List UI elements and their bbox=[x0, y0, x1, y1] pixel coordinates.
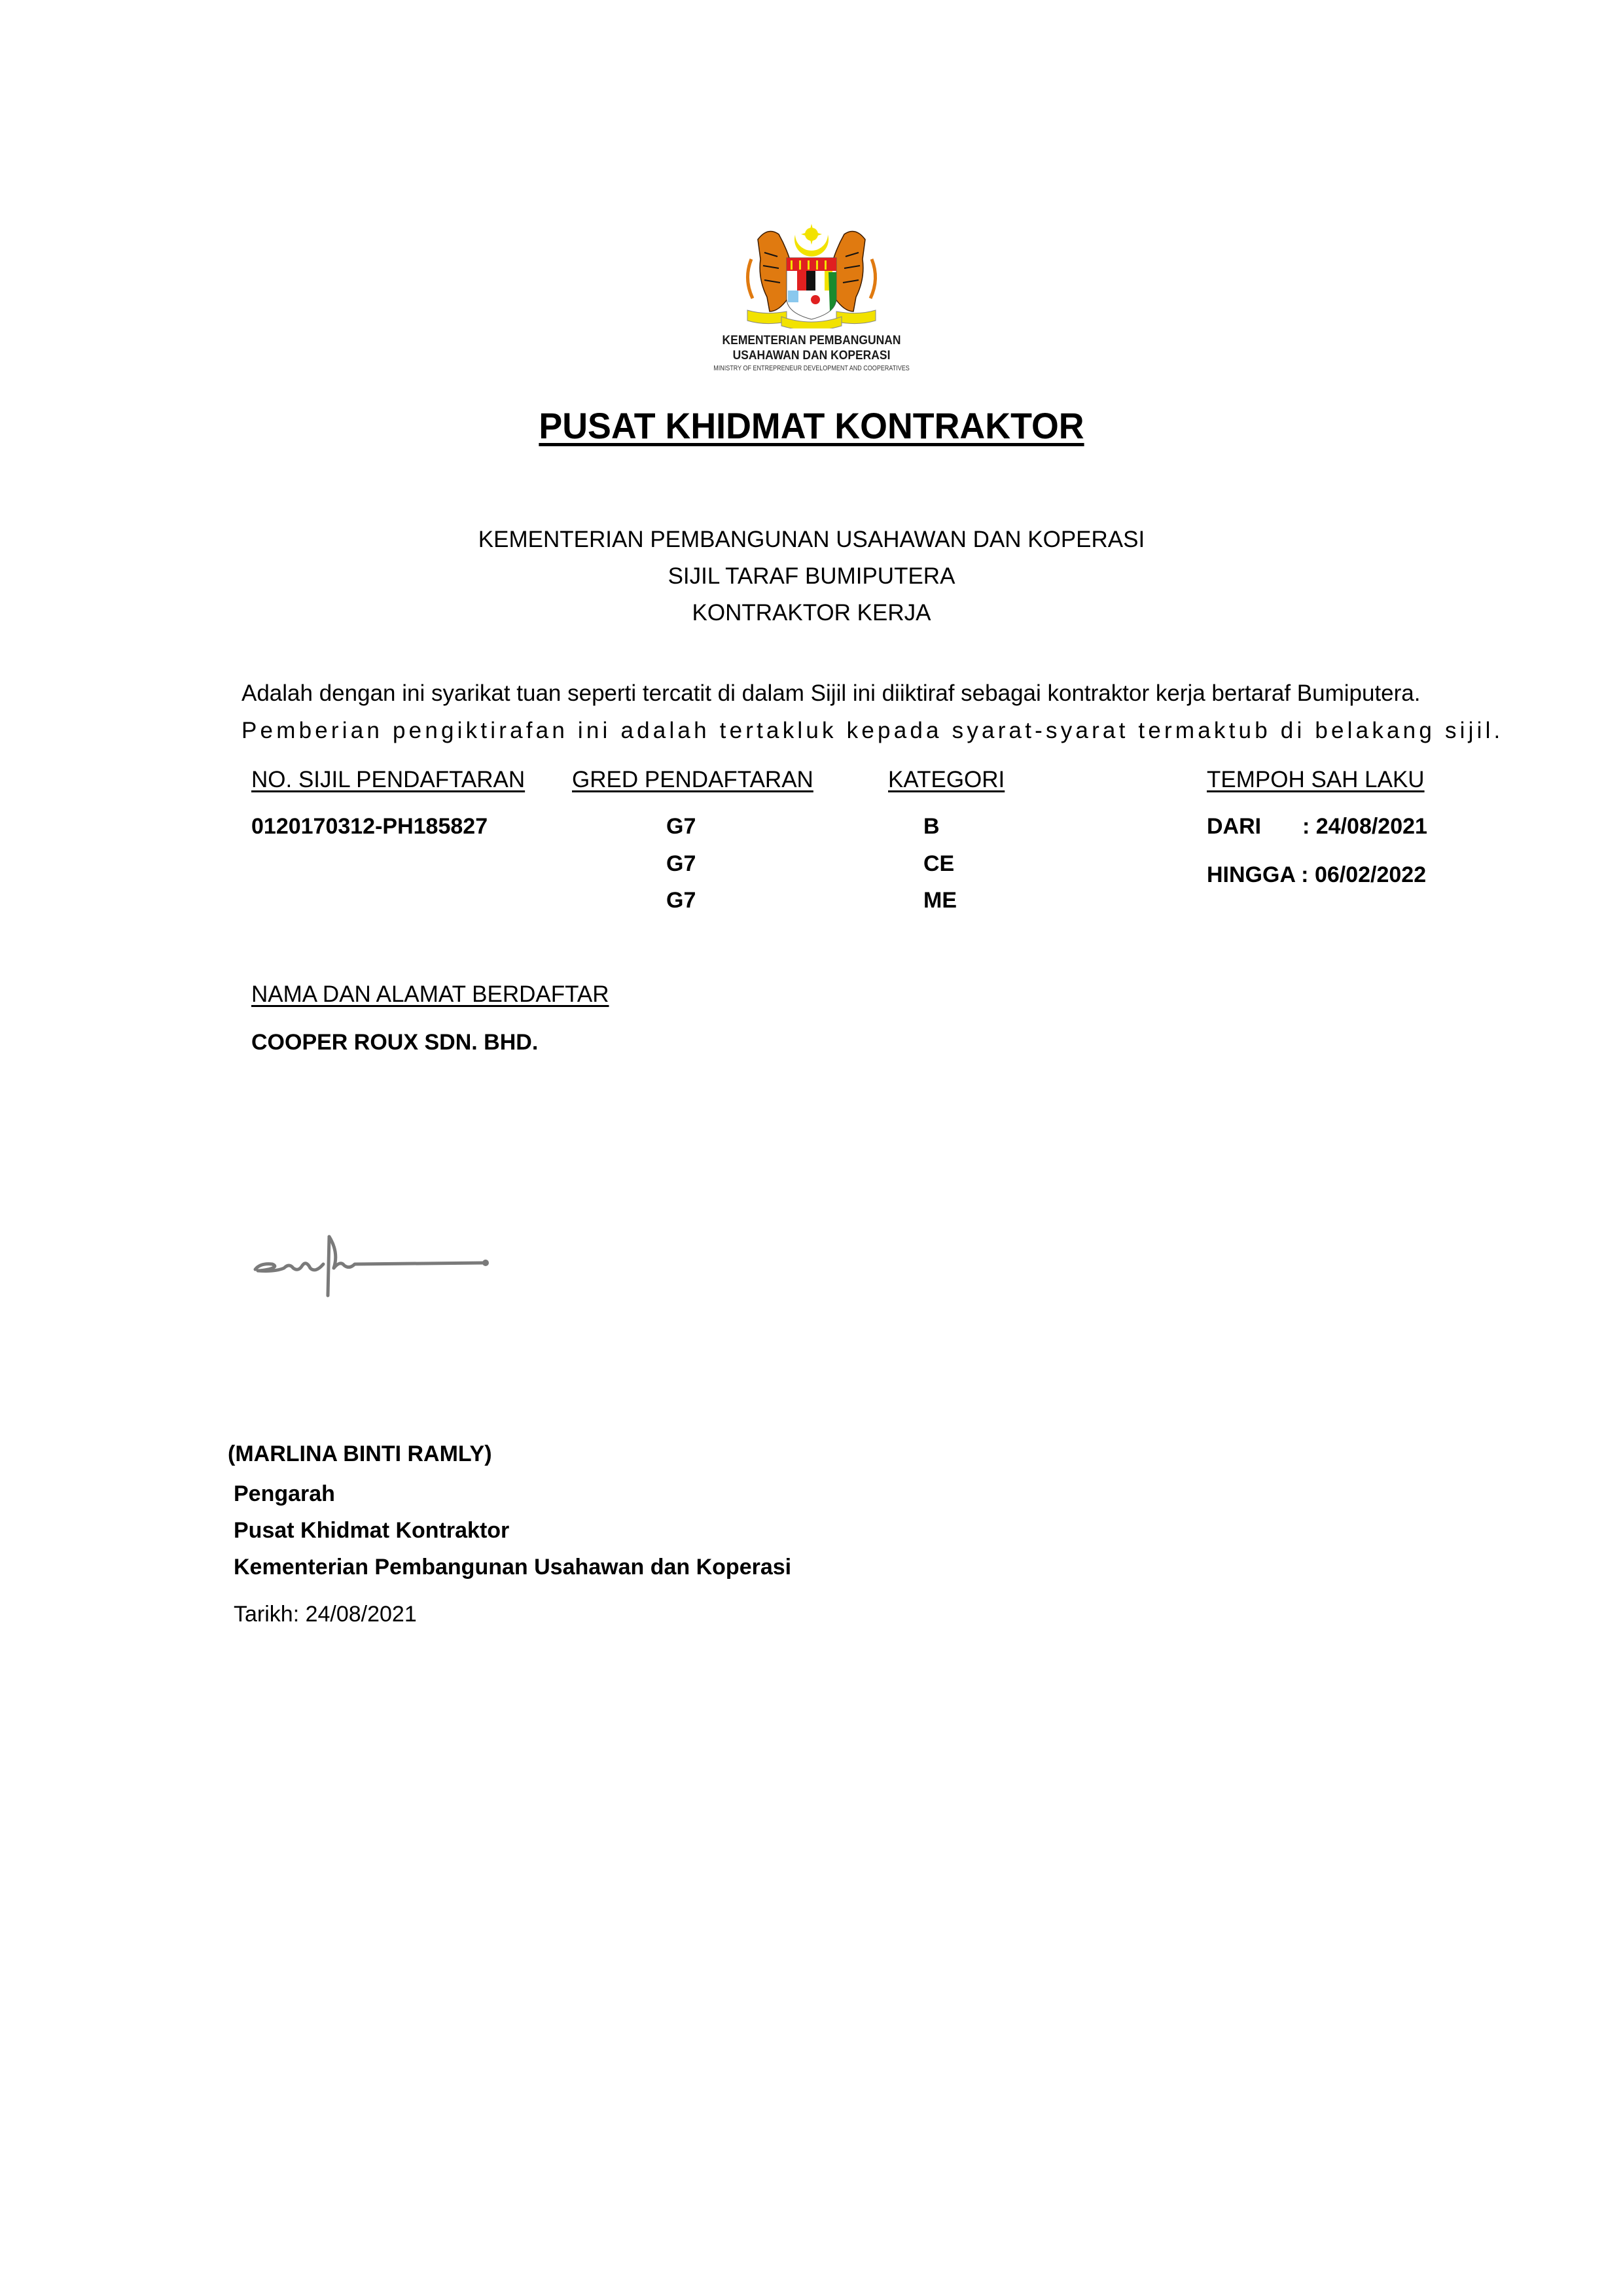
contractor-type-heading: KONTRAKTOR KERJA bbox=[0, 600, 1623, 626]
logo-ministry-name-line1: KEMENTERIAN PEMBANGUNAN bbox=[691, 334, 932, 348]
registration-number: 0120170312-PH185827 bbox=[251, 814, 488, 839]
coat-of-arms-logo bbox=[738, 220, 885, 328]
signatory-title: Pengarah bbox=[234, 1481, 335, 1507]
signatory-ministry: Kementerian Pembangunan Usahawan dan Kop… bbox=[234, 1555, 791, 1580]
header-registration-number: NO. SIJIL PENDAFTARAN bbox=[251, 767, 525, 793]
document-title: PUSAT KHIDMAT KONTRAKTOR bbox=[0, 404, 1623, 447]
signature-image bbox=[242, 1217, 497, 1302]
valid-until-date: HINGGA : 06/02/2022 bbox=[1207, 862, 1426, 888]
logo-ministry-name-line2: USAHAWAN DAN KOPERASI bbox=[691, 349, 932, 363]
category-value: ME bbox=[923, 888, 957, 913]
header-validity-period: TEMPOH SAH LAKU bbox=[1207, 767, 1425, 793]
grade-value: G7 bbox=[666, 814, 696, 839]
logo-ministry-english-name: MINISTRY OF ENTREPRENEUR DEVELOPMENT AND… bbox=[704, 364, 919, 372]
header-registration-grade: GRED PENDAFTARAN bbox=[572, 767, 813, 793]
valid-from-date: : 24/08/2021 bbox=[1302, 814, 1427, 839]
header-category: KATEGORI bbox=[888, 767, 1005, 793]
document-title-text: PUSAT KHIDMAT KONTRAKTOR bbox=[539, 404, 1084, 447]
valid-from-label: DARI bbox=[1207, 814, 1261, 839]
signatory-name: (MARLINA BINTI RAMLY) bbox=[228, 1441, 492, 1467]
certification-paragraph-line2: Pemberian pengiktirafan ini adalah terta… bbox=[241, 718, 1541, 744]
grade-value: G7 bbox=[666, 851, 696, 877]
issue-date: Tarikh: 24/08/2021 bbox=[234, 1602, 417, 1627]
signatory-organization: Pusat Khidmat Kontraktor bbox=[234, 1518, 509, 1544]
grade-value: G7 bbox=[666, 888, 696, 913]
certification-paragraph-line1: Adalah dengan ini syarikat tuan seperti … bbox=[241, 680, 1420, 707]
header-registered-name-address: NAMA DAN ALAMAT BERDAFTAR bbox=[251, 981, 609, 1008]
category-value: B bbox=[923, 814, 940, 839]
category-value: CE bbox=[923, 851, 954, 877]
company-name: COOPER ROUX SDN. BHD. bbox=[251, 1030, 538, 1055]
certificate-type-heading: SIJIL TARAF BUMIPUTERA bbox=[0, 563, 1623, 590]
ministry-heading: KEMENTERIAN PEMBANGUNAN USAHAWAN DAN KOP… bbox=[0, 527, 1623, 553]
